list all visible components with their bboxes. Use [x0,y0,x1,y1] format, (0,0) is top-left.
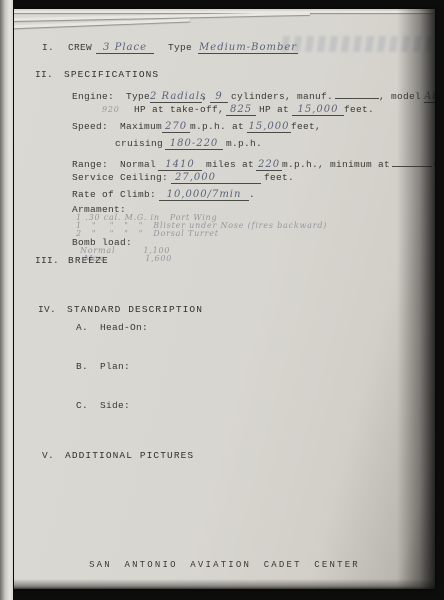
power-feet-label: feet. [344,104,374,115]
engine-manuf-value [335,87,379,99]
speed-at-label: m.p.h. at [190,121,244,132]
engine-line: Engine: Type 2 Radials , 9 cylinders, ma… [72,87,435,103]
range-miles-label: miles at [206,159,254,170]
speed-alt-value: 15,000 [247,121,291,133]
range-at-value: 220 [256,159,282,171]
cruising-line: cruising 180-220 m.p.h. [115,138,262,150]
item-c-label: Side: [100,400,130,411]
description-item-b: B. Plan: [76,361,130,372]
section3-numeral: III. [35,255,59,266]
item-a-label: Head-On: [100,322,148,333]
engine-cylinders-value: 9 [210,91,228,103]
crew-type-label: Type [168,42,192,53]
ceiling-line: Service Ceiling: 27,000 feet. [72,172,294,184]
section5-title: ADDITIONAL PICTURES [65,450,194,461]
climb-value: 10,000/7min [159,189,249,201]
page-bottom-shadow [14,579,435,589]
item-c-letter: C. [76,400,88,411]
alt-hp-value: 825 [226,104,256,116]
climb-label: Rate of Climb: [72,189,156,200]
item-a-letter: A. [76,322,88,333]
specifications-heading: II. SPECIFICATIONS [35,69,159,80]
section4-heading: IV. STANDARD DESCRIPTION [38,304,203,315]
bomb-max-value: 1,600 [145,254,172,263]
ceiling-value: 27,000 [171,172,261,184]
climb-line: Rate of Climb: 10,000/7min . [72,189,255,201]
section5-numeral: V. [42,450,54,461]
alt-feet-value: 15,000 [292,104,344,116]
crew-line: I. CREW 3 Place Type Medium-Bomber [42,42,298,54]
item-b-letter: B. [76,361,88,372]
section3-heading: III. BREEZE [35,255,109,266]
footer-text: SAN ANTONIO AVIATION CADET CENTER [89,560,360,570]
section4-numeral: IV. [38,304,56,315]
section5-heading: V. ADDITIONAL PICTURES [42,450,194,461]
engine-comma: , [202,91,208,102]
section4-title: STANDARD DESCRIPTION [67,304,203,315]
ceiling-feet-label: feet. [264,172,294,183]
takeoff-hp-label: HP at take-off, [134,104,224,115]
item-b-label: Plan: [100,361,130,372]
crew-label: CREW [68,42,92,53]
crew-numeral: I. [42,42,54,53]
range-minimum-label: m.p.h., minimum at [282,159,390,170]
speed-max-value: 270 [162,121,190,133]
takeoff-hp-value: 920 [102,105,130,114]
left-page-stack [0,0,13,600]
footer-line: SAN ANTONIO AVIATION CADET CENTER [14,560,435,570]
engine-cylinders-label: cylinders, manuf. [231,91,333,102]
cruising-label: cruising [115,138,163,149]
range-label: Range: Normal [72,159,156,170]
binding-shadow [397,9,435,589]
description-item-c: C. Side: [76,400,130,411]
climb-period: . [249,189,255,200]
document-page: I. CREW 3 Place Type Medium-Bomber II. S… [14,9,435,589]
range-normal-value: 1410 [158,159,202,171]
specifications-title: SPECIFICATIONS [64,69,159,80]
ceiling-label: Service Ceiling: [72,172,168,183]
engine-type-value: 2 Radials [150,91,202,103]
scanned-photo: I. CREW 3 Place Type Medium-Bomber II. S… [0,0,444,600]
description-item-a: A. Head-On: [76,322,148,333]
speed-feet-label: feet, [291,121,321,132]
crew-value: 3 Place [96,42,154,54]
crew-type-value: Medium-Bomber [198,42,298,54]
speed-label: Speed: Maximum [72,121,162,132]
section3-title: BREEZE [68,255,109,266]
cruising-mph-label: m.p.h. [226,138,262,149]
power-line: 920 HP at take-off, 825 HP at 15,000 fee… [102,104,374,116]
specifications-numeral: II. [35,69,53,80]
cruising-value: 180-220 [165,138,223,150]
range-line: Range: Normal 1410 miles at 220 m.p.h., … [72,155,435,171]
speed-line: Speed: Maximum 270 m.p.h. at 15,000 feet… [72,121,321,133]
alt-hp-label: HP at [259,104,289,115]
engine-label: Engine: Type [72,91,150,102]
